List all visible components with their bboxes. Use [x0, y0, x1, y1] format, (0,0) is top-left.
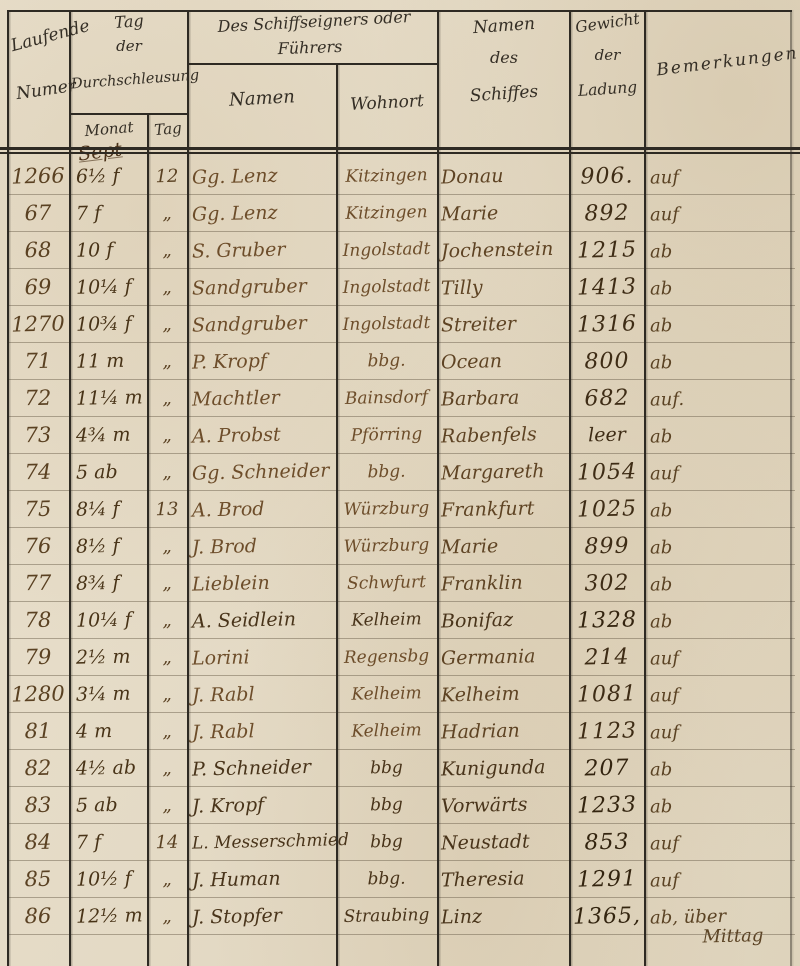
schiffsname: Margareth — [441, 453, 569, 493]
ladungsgewicht: 1215 — [571, 231, 644, 270]
wohnort: Kelheim — [337, 601, 437, 640]
ledger-row: 12803¼ m„J. RablKelheimKelheim1081auf — [0, 676, 800, 713]
uhrzeit: 10¼ f — [76, 601, 147, 640]
wohnort: Bainsdorf — [337, 379, 437, 418]
ledger-row: 745 ab„Gg. Schneiderbbg.Margareth1054auf — [0, 454, 800, 491]
schiffer-name: P. Schneider — [192, 748, 335, 788]
schiffer-name: Lieblein — [192, 563, 335, 603]
ladungsgewicht: 302 — [571, 564, 644, 603]
schiffer-name: J. Kropf — [192, 785, 335, 825]
laufende-nummer: 73 — [8, 416, 69, 454]
ledger-row: 814 m„J. RablKelheimHadrian1123auf — [0, 713, 800, 750]
header-sub-tag: Tag — [147, 118, 188, 139]
ledger-row: 835 ab„J. KropfbbgVorwärts1233ab — [0, 787, 800, 824]
schiffer-name: L. Messerschmied — [192, 822, 335, 862]
bemerkung: ab — [650, 785, 796, 825]
wohnort: Ingolstadt — [337, 305, 437, 344]
uhrzeit: 10 f — [76, 231, 147, 270]
grid-line — [147, 113, 149, 966]
bemerkung: auf — [650, 637, 796, 677]
ledger-row: 768½ f„J. BrodWürzburgMarie899ab — [0, 528, 800, 565]
uhrzeit: 5 ab — [76, 786, 147, 825]
wohnort: Schwfurt — [337, 564, 437, 603]
tag-im-monat: 13 — [148, 491, 187, 529]
schiffer-name: A. Seidlein — [192, 600, 335, 640]
tag-im-monat: „ — [148, 602, 187, 640]
uhrzeit: 5 ab — [76, 453, 147, 492]
ladungsgewicht: 207 — [571, 749, 644, 788]
ladungsgewicht: leer — [571, 416, 644, 455]
uhrzeit: 4½ ab — [76, 749, 147, 788]
ladungsgewicht: 1328 — [571, 601, 644, 640]
laufende-nummer: 72 — [8, 379, 69, 417]
laufende-nummer: 77 — [8, 564, 69, 602]
schiffsname: Linz — [441, 897, 569, 937]
laufende-nummer: 81 — [8, 712, 69, 750]
schiffer-name: Gg. Lenz — [192, 193, 335, 233]
bemerkung-line2: Mittag — [702, 926, 763, 947]
ledger-row: 8510½ f„J. Humanbbg.Theresia1291auf — [0, 861, 800, 898]
schiffer-name: J. Brod — [192, 526, 335, 566]
ledger-row: 824½ ab„P. SchneiderbbgKunigunda207ab — [0, 750, 800, 787]
bemerkung: ab — [650, 563, 796, 603]
schiffer-name: A. Probst — [192, 415, 335, 455]
wohnort: Ingolstadt — [337, 268, 437, 307]
wohnort: bbg. — [337, 342, 437, 381]
laufende-nummer: 1266 — [8, 157, 69, 195]
bemerkung: ab — [650, 230, 796, 270]
bemerkung: auf — [650, 193, 796, 233]
tag-im-monat: „ — [148, 269, 187, 307]
ladungsgewicht: 1025 — [571, 490, 644, 529]
ledger-row: 7111 m„P. Kropfbbg.Ocean800ab — [0, 343, 800, 380]
schiffer-name: J. Stopfer — [192, 896, 335, 936]
ladungsgewicht: 1291 — [571, 860, 644, 899]
ledger-row: 847 f14L. MesserschmiedbbgNeustadt853auf — [0, 824, 800, 861]
schiffer-name: P. Kropf — [192, 341, 335, 381]
laufende-nummer: 78 — [8, 601, 69, 639]
ladungsgewicht: 853 — [571, 823, 644, 862]
uhrzeit: 7 f — [76, 194, 147, 233]
ladungsgewicht: 892 — [571, 194, 644, 233]
schiffsname: Marie — [441, 527, 569, 567]
ledger-row: 8612½ m„J. StopferStraubingLinz1365,ab, … — [0, 898, 800, 935]
ledger-row: 12666½ f12Gg. LenzKitzingenDonau906.auf — [0, 158, 800, 195]
wohnort: Kelheim — [337, 712, 437, 751]
ledger-row: 734¾ m„A. ProbstPförringRabenfelsleerab — [0, 417, 800, 454]
schiffsname: Neustadt — [441, 823, 569, 863]
bemerkung: auf. — [650, 378, 796, 418]
uhrzeit: 2½ m — [76, 638, 147, 677]
ledger-row: 6910¼ f„SandgruberIngolstadtTilly1413ab — [0, 269, 800, 306]
uhrzeit: 10¼ f — [76, 268, 147, 307]
wohnort: bbg — [337, 786, 437, 825]
wohnort: Kitzingen — [337, 157, 437, 196]
tag-im-monat: 12 — [148, 158, 187, 196]
tag-im-monat: „ — [148, 306, 187, 344]
ladungsgewicht: 214 — [571, 638, 644, 677]
ledger-row: 792½ m„LoriniRegensbgGermania214auf — [0, 639, 800, 676]
wohnort: Würzburg — [337, 527, 437, 566]
ledger-row: 758¼ f13A. BrodWürzburgFrankfurt1025ab — [0, 491, 800, 528]
laufende-nummer: 83 — [8, 786, 69, 824]
ledger-rows: 12666½ f12Gg. LenzKitzingenDonau906.auf … — [0, 158, 800, 935]
uhrzeit: 8½ f — [76, 527, 147, 566]
wohnort: Kelheim — [337, 675, 437, 714]
laufende-nummer: 85 — [8, 860, 69, 898]
ledger-row: 6810 f„S. GruberIngolstadtJochenstein121… — [0, 232, 800, 269]
tag-im-monat: „ — [148, 639, 187, 677]
grid-line — [336, 63, 338, 966]
tag-im-monat: „ — [148, 713, 187, 751]
tag-im-monat: „ — [148, 750, 187, 788]
bemerkung: ab — [650, 341, 796, 381]
grid-line — [0, 152, 800, 154]
wohnort: Kitzingen — [337, 194, 437, 233]
uhrzeit: 11 m — [76, 342, 147, 381]
bemerkung: auf — [650, 822, 796, 862]
laufende-nummer: 1270 — [8, 305, 69, 343]
schiffer-name: Machtler — [192, 378, 335, 418]
uhrzeit: 4 m — [76, 712, 147, 751]
wohnort: bbg — [337, 823, 437, 862]
header-der1: der — [70, 37, 188, 55]
bemerkung: ab — [650, 415, 796, 455]
wohnort: Pförring — [337, 416, 437, 455]
wohnort: Regensbg — [337, 638, 437, 677]
ledger-row: 778¾ f„LiebleinSchwfurtFranklin302ab — [0, 565, 800, 602]
schiffer-name: Sandgruber — [192, 304, 335, 344]
ledger-row: 127010¾ f„SandgruberIngolstadtStreiter13… — [0, 306, 800, 343]
schiffer-name: J. Rabl — [192, 711, 335, 751]
schiffsname: Donau — [441, 157, 569, 197]
schiffsname: Franklin — [441, 564, 569, 604]
wohnort: Straubing — [337, 897, 437, 936]
uhrzeit: 10¾ f — [76, 305, 147, 344]
schiffsname: Streiter — [441, 305, 569, 345]
ladungsgewicht: 1365, — [571, 897, 644, 936]
uhrzeit: 12½ m — [76, 897, 147, 936]
ladungsgewicht: 1316 — [571, 305, 644, 344]
laufende-nummer: 74 — [8, 453, 69, 491]
schiffer-name: Lorini — [192, 637, 335, 677]
grid-line — [69, 113, 189, 115]
uhrzeit: 4¾ m — [76, 416, 147, 455]
schiffsname: Kunigunda — [441, 749, 569, 789]
uhrzeit: 8¾ f — [76, 564, 147, 603]
ladungsgewicht: 1123 — [571, 712, 644, 751]
schiffsname: Kelheim — [441, 675, 569, 715]
ladungsgewicht: 906. — [571, 157, 644, 196]
tag-im-monat: „ — [148, 898, 187, 936]
grid-line — [7, 10, 792, 12]
bemerkung: ab — [650, 600, 796, 640]
laufende-nummer: 76 — [8, 527, 69, 565]
bemerkung: auf — [650, 674, 796, 714]
schiffsname: Hadrian — [441, 712, 569, 752]
schiffer-name: A. Brod — [192, 489, 335, 529]
uhrzeit: 3¼ m — [76, 675, 147, 714]
schiffsname: Theresia — [441, 860, 569, 900]
wohnort: bbg — [337, 749, 437, 788]
bemerkung: ab — [650, 526, 796, 566]
laufende-nummer: 79 — [8, 638, 69, 676]
tag-im-monat: 14 — [148, 824, 187, 862]
uhrzeit: 8¼ f — [76, 490, 147, 529]
laufende-nummer: 69 — [8, 268, 69, 306]
bemerkung: ab — [650, 748, 796, 788]
bemerkung: ab — [650, 489, 796, 529]
tag-im-monat: „ — [148, 787, 187, 825]
laufende-nummer: 75 — [8, 490, 69, 528]
ladungsgewicht: 1054 — [571, 453, 644, 492]
ladungsgewicht: 1233 — [571, 786, 644, 825]
bemerkung: auf — [650, 452, 796, 492]
bemerkung: ab — [650, 267, 796, 307]
schiffsname: Germania — [441, 638, 569, 678]
uhrzeit: 10½ f — [76, 860, 147, 899]
ledger-row: 7211¼ m„MachtlerBainsdorfBarbara682auf. — [0, 380, 800, 417]
schiffsname: Rabenfels — [441, 416, 569, 456]
schiffsname: Jochenstein — [441, 231, 569, 271]
ladungsgewicht: 682 — [571, 379, 644, 418]
uhrzeit: 6½ f — [76, 157, 147, 196]
wohnort: Würzburg — [337, 490, 437, 529]
schiffer-name: S. Gruber — [192, 230, 335, 270]
bemerkung: ab — [650, 304, 796, 344]
laufende-nummer: 84 — [8, 823, 69, 861]
tag-im-monat: „ — [148, 343, 187, 381]
schiffsname: Ocean — [441, 342, 569, 382]
bemerkung: auf — [650, 859, 796, 899]
schiffer-name: J. Human — [192, 859, 335, 899]
schiffer-name: Gg. Schneider — [192, 452, 335, 492]
tag-im-monat: „ — [148, 232, 187, 270]
schiffsname: Marie — [441, 194, 569, 234]
laufende-nummer: 67 — [8, 194, 69, 232]
tag-im-monat: „ — [148, 380, 187, 418]
tag-im-monat: „ — [148, 417, 187, 455]
bemerkung: ab, überMittag — [650, 896, 796, 936]
laufende-nummer: 71 — [8, 342, 69, 380]
bemerkung: auf — [650, 156, 796, 196]
ladungsgewicht: 1413 — [571, 268, 644, 307]
grid-line — [187, 63, 439, 65]
wohnort: Ingolstadt — [337, 231, 437, 270]
tag-im-monat: „ — [148, 861, 187, 899]
tag-im-monat: „ — [148, 454, 187, 492]
schiffsname: Vorwärts — [441, 786, 569, 826]
uhrzeit: 11¼ m — [76, 379, 147, 418]
schiffsname: Bonifaz — [441, 601, 569, 641]
schiffsname: Frankfurt — [441, 490, 569, 530]
ledger-row: 677 f„Gg. LenzKitzingenMarie892auf — [0, 195, 800, 232]
schiffsname: Tilly — [441, 268, 569, 308]
wohnort: bbg. — [337, 453, 437, 492]
schiffsname: Barbara — [441, 379, 569, 419]
laufende-nummer: 1280 — [8, 675, 69, 713]
grid-line — [0, 147, 800, 150]
ladungsgewicht: 800 — [571, 342, 644, 381]
ladungsgewicht: 1081 — [571, 675, 644, 714]
laufende-nummer: 68 — [8, 231, 69, 269]
ladungsgewicht: 899 — [571, 527, 644, 566]
ledger-row: 7810¼ f„A. SeidleinKelheimBonifaz1328ab — [0, 602, 800, 639]
tag-im-monat: „ — [148, 195, 187, 233]
bemerkung: auf — [650, 711, 796, 751]
tag-im-monat: „ — [148, 528, 187, 566]
tag-im-monat: „ — [148, 676, 187, 714]
schiffer-name: Sandgruber — [192, 267, 335, 307]
tag-im-monat: „ — [148, 565, 187, 603]
wohnort: bbg. — [337, 860, 437, 899]
header-gewicht-2: der — [570, 46, 645, 64]
schiffer-name: Gg. Lenz — [192, 156, 335, 196]
schiffer-name: J. Rabl — [192, 674, 335, 714]
header-schiff-2: des — [438, 48, 570, 67]
laufende-nummer: 86 — [8, 897, 69, 935]
laufende-nummer: 82 — [8, 749, 69, 787]
uhrzeit: 7 f — [76, 823, 147, 862]
